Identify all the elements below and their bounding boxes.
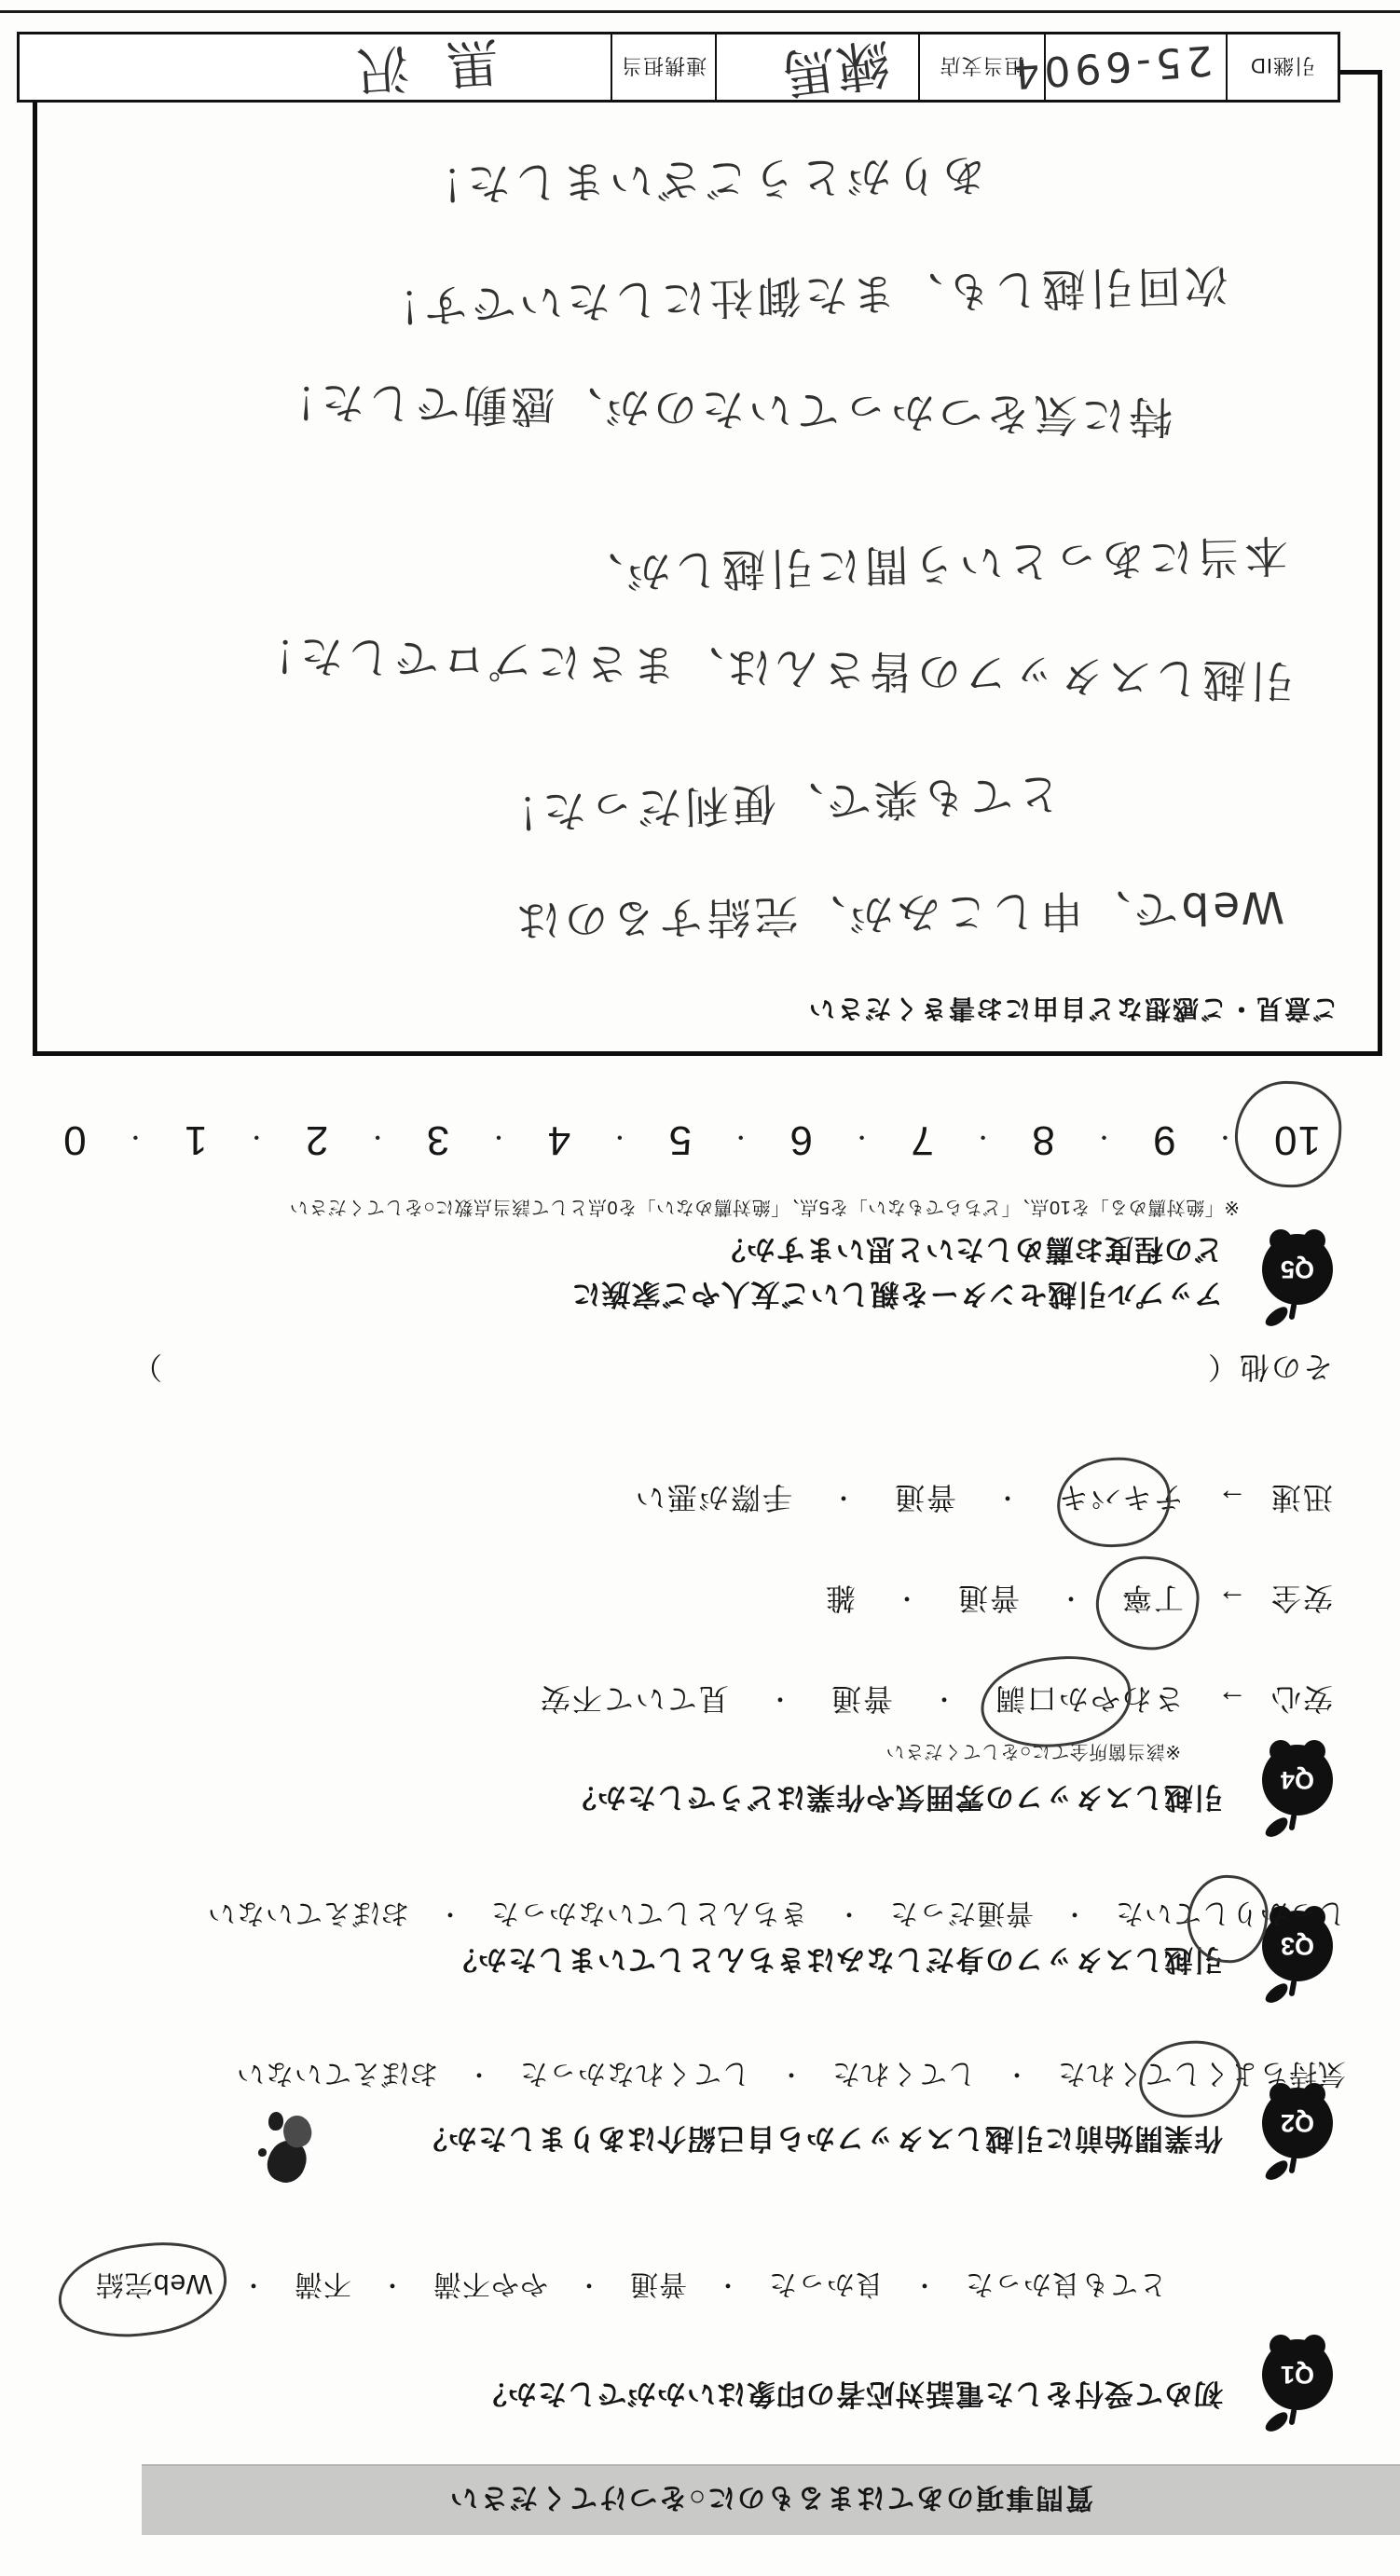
handwritten-comment-line: ありがとうございました！	[416, 146, 987, 219]
q4-row-label: 安全	[1270, 1579, 1333, 1622]
option-separator: ・	[466, 2060, 491, 2094]
q4-row1-option: 見ていて不安	[539, 1679, 729, 1722]
scale-separator: ・	[850, 1124, 873, 1157]
q1-option: とても良かった	[965, 2267, 1167, 2308]
handover-liaison-value: 黒沢	[20, 34, 612, 100]
handwritten-comment-line: Webで、申しこみが、完結するのは	[513, 879, 1285, 954]
scale-value: 2	[305, 1117, 328, 1163]
scale-value: 6	[789, 1117, 812, 1163]
q3-title: 引越しスタッフの身だしなみはきちんとしていましたか？	[447, 1941, 1223, 1983]
scale-value: 8	[1031, 1117, 1054, 1163]
comment-box-header: ご意見・ご感想など自由にお書きください	[807, 992, 1338, 1029]
q4-row-label: 迅速	[1270, 1478, 1333, 1521]
q5-apple-badge-icon: Q5	[1258, 1232, 1333, 1323]
q4-row1-option-selected: さわやか口調	[994, 1679, 1184, 1722]
arrow-icon: →	[1215, 1583, 1247, 1618]
q3-option: おぼえていない	[207, 1896, 409, 1937]
scale-value-selected: 10	[1273, 1117, 1321, 1163]
scale-separator: ・	[123, 1124, 146, 1157]
q1-badge-label: Q1	[1262, 2339, 1333, 2410]
handwritten-comment-line: 特に気をつかっていたのが、感動でした！	[269, 373, 1174, 451]
apple-leaf-icon	[1263, 1815, 1292, 1841]
q5-note: ※「絶対薦める」を10点、「どちらでもない」を5点、「絶対薦めない」を0点として…	[289, 1196, 1240, 1223]
option-separator: ・	[715, 2270, 740, 2305]
arrow-icon: →	[1215, 1684, 1247, 1719]
q5-title-line1: アップル引越センターを親しいご友人やご家族に	[571, 1276, 1223, 1318]
apple-stem-icon	[1288, 1980, 1297, 1997]
q1-title: 初めて受付をした電話対応者の印象はいかがでしたか？	[477, 2376, 1223, 2418]
scale-separator: ・	[487, 1124, 510, 1157]
q1-options: とても良かった・ 良かった・ 普通・ やや不満・ 不満・ Web完結	[95, 2267, 1167, 2308]
q4-row-label: 安心	[1270, 1679, 1333, 1722]
scale-value: 9	[1152, 1117, 1175, 1163]
q2-option-selected: 気持ちよくしてくれた	[1057, 2056, 1346, 2097]
apple-leaf-icon	[1263, 2158, 1292, 2184]
paren-close: ）	[130, 1348, 162, 1391]
q3-options: しっかりしていた・ 普通だった・ きちんとしていなかった・ おぼえていない	[207, 1896, 1346, 1937]
scale-separator: ・	[1213, 1124, 1236, 1157]
option-separator: ・	[1004, 2060, 1029, 2094]
handwritten-branch: 練馬	[778, 27, 895, 118]
scale-value: 7	[910, 1117, 933, 1163]
apple-stem-icon	[1288, 2408, 1297, 2426]
option-separator: ・	[576, 2270, 601, 2305]
scale-value: 0	[62, 1117, 86, 1163]
apple-leaf-icon	[1263, 1980, 1292, 2007]
option-separator: ・	[912, 2270, 937, 2305]
q4-row3-option-selected: テキパキ	[1057, 1478, 1184, 1521]
q4-row3-option: 普通	[893, 1478, 956, 1521]
handover-branch-value: 練馬	[717, 34, 920, 100]
q4-other-row: その他 （ ）	[130, 1348, 1333, 1391]
option-separator: ・	[930, 1684, 956, 1719]
q4-row-anshin: 安心 → さわやか口調・ 普通・ 見ていて不安	[539, 1679, 1333, 1722]
q4-row2-option-selected: 丁寧	[1120, 1579, 1184, 1622]
nps-scale: 10・ 9・ 8・ 7・ 6・ 5・ 4・ 3・ 2・ 1・ 0	[62, 1117, 1321, 1163]
q2-apple-badge-icon: Q2	[1258, 2086, 1333, 2177]
scale-value: 1	[184, 1117, 207, 1163]
scale-separator: ・	[365, 1124, 389, 1157]
q2-option: してくれた	[831, 2056, 976, 2097]
handover-id-value: 25-6904	[1046, 34, 1228, 100]
scale-separator: ・	[971, 1124, 995, 1157]
ink-blot-icon	[257, 2104, 311, 2185]
q4-row2-option: 雑	[824, 1579, 856, 1622]
q2-badge-label: Q2	[1262, 2088, 1333, 2158]
option-separator: ・	[778, 2060, 803, 2094]
paren-open: （	[1206, 1348, 1238, 1391]
handwritten-comment-line: とても楽で、便利だった！	[490, 765, 1062, 847]
option-separator: ・	[766, 1684, 792, 1719]
q1-option: 普通	[629, 2267, 687, 2308]
q2-option: してくれなかった	[519, 2056, 750, 2097]
q1-option: 良かった	[768, 2267, 884, 2308]
handover-liaison-label: 連携担当	[612, 34, 717, 100]
scanned-survey-page: 質問事項のあてはまるものに○をつけてください Q1 初めて受付をした電話対応者の…	[0, 0, 1400, 2576]
q3-option-selected: しっかりしていた	[1115, 1896, 1346, 1937]
option-separator: ・	[994, 1483, 1020, 1517]
q4-title: 引越しスタッフの雰囲気や作業はどうでしたか？	[567, 1779, 1223, 1821]
handwritten-liaison: 黒沢	[318, 27, 501, 114]
q4-row1-option: 普通	[830, 1679, 893, 1722]
q2-option: おぼえていない	[236, 2056, 438, 2097]
scale-value: 5	[668, 1117, 692, 1163]
q2-title: 作業開始前に引越しスタッフから自己紹介はありましたか？	[418, 2120, 1223, 2162]
option-separator: ・	[1062, 1899, 1087, 1934]
q1-option: やや不満	[432, 2267, 548, 2308]
page-edge-scan-line	[0, 10, 1400, 13]
q1-option-selected: Web完結	[95, 2267, 213, 2308]
q4-other-label: その他	[1238, 1348, 1333, 1391]
option-separator: ・	[1057, 1583, 1083, 1618]
survey-instruction-banner: 質問事項のあてはまるものに○をつけてください	[142, 2464, 1400, 2535]
q2-options: 気持ちよくしてくれた・ してくれた・ してくれなかった・ おぼえていない	[236, 2056, 1346, 2097]
option-separator: ・	[830, 1483, 856, 1517]
q4-row2-option: 普通	[956, 1579, 1020, 1622]
apple-leaf-icon	[1263, 2409, 1292, 2435]
arrow-icon: →	[1215, 1483, 1247, 1517]
q5-title-line2: どの程度お薦めしたいと思いますか？	[716, 1231, 1223, 1273]
q4-note: ※該当箇所全てに○をしてください	[885, 1740, 1181, 1767]
scale-separator: ・	[608, 1124, 631, 1157]
q4-row-jinsoku: 迅速 → テキパキ・ 普通・ 手際が悪い	[634, 1478, 1333, 1521]
option-separator: ・	[893, 1583, 919, 1618]
option-separator: ・	[240, 2270, 266, 2305]
q4-badge-label: Q4	[1262, 1745, 1333, 1816]
option-separator: ・	[437, 1899, 462, 1934]
scale-value: 3	[426, 1117, 449, 1163]
handwritten-comment-line: 次回引越しも、また御社にしたいです！	[372, 256, 1228, 341]
q4-row-anzen: 安全 → 丁寧・ 普通・ 雑	[824, 1579, 1333, 1622]
apple-stem-icon	[1288, 1303, 1297, 1321]
apple-stem-icon	[1288, 1814, 1297, 1831]
scale-separator: ・	[244, 1124, 268, 1157]
comment-box: ご意見・ご感想など自由にお書きください Webで、申しこみが、完結するのは とて…	[33, 70, 1382, 1056]
handover-table: 引継ID 25-6904 担当支店 練馬 連携担当 黒沢	[17, 32, 1340, 103]
other-blank-space	[162, 1348, 1206, 1391]
apple-stem-icon	[1288, 2157, 1297, 2174]
scale-separator: ・	[729, 1124, 752, 1157]
option-separator: ・	[836, 1899, 861, 1934]
option-separator: ・	[379, 2270, 405, 2305]
handwritten-comment-line: 引越しスタッフの皆さんは、まさにプロでした！	[248, 626, 1295, 716]
q3-option: きちんとしていなかった	[490, 1896, 808, 1937]
q5-badge-label: Q5	[1262, 1234, 1333, 1305]
q4-row3-option: 手際が悪い	[634, 1478, 792, 1521]
q1-apple-badge-icon: Q1	[1258, 2337, 1333, 2429]
scale-value: 4	[547, 1117, 570, 1163]
handwritten-comment-line: 本当にあっという間に引越しが、	[575, 527, 1289, 608]
q3-option: 普通だった	[889, 1896, 1034, 1937]
handover-id-label: 引継ID	[1228, 34, 1338, 100]
q1-option: 不満	[294, 2267, 351, 2308]
apple-leaf-icon	[1263, 1304, 1292, 1330]
q4-apple-badge-icon: Q4	[1258, 1743, 1333, 1834]
scale-separator: ・	[1091, 1124, 1115, 1157]
